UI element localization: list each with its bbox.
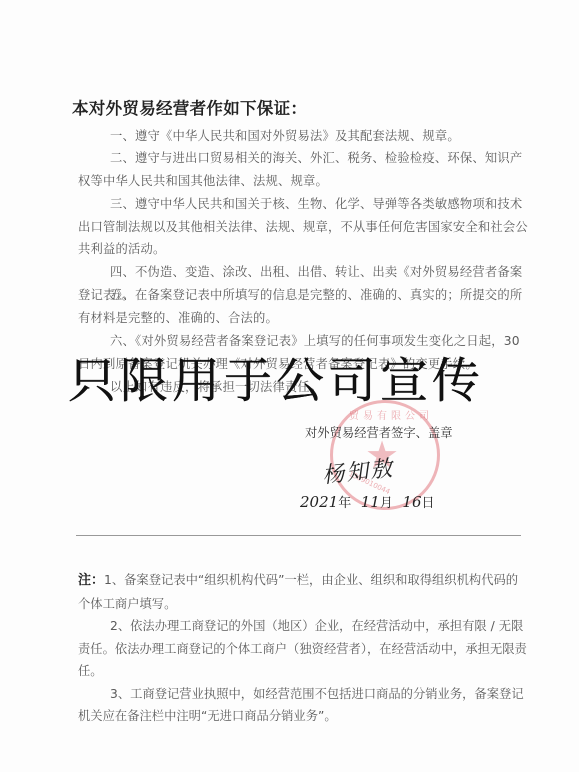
document-heading: 本对外贸易经营者作如下保证：	[72, 95, 307, 119]
document-page: 本对外贸易经营者作如下保证： 一、遵守《中华人民共和国对外贸易法》及其配套法规、…	[0, 0, 579, 772]
note-1: 注：1、备案登记表中“组织机构代码”一栏，由企业、组织和取得组织机构代码的个体工…	[78, 569, 528, 615]
clause-1: 一、遵守《中华人民共和国对外贸易法》及其配套法规、规章。	[78, 125, 528, 148]
clause-2: 二、遵守与进出口贸易相关的海关、外汇、税务、检验检疫、环保、知识产权等中华人民共…	[78, 147, 528, 192]
signature-label: 对外贸易经营者签字、盖章	[305, 423, 453, 441]
note-2: 2、依法办理工商登记的外国（地区）企业，在经营活动中，承担有限 / 无限责任。依…	[78, 615, 528, 683]
note-3: 3、工商登记营业执照中，如经营范围不包括进口商品的分销业务，备案登记机关应在备注…	[78, 683, 528, 728]
signature-date: 2021年 11月 16日	[300, 492, 435, 511]
notes-section: 注：1、备案登记表中“组织机构代码”一栏，由企业、组织和取得组织机构代码的个体工…	[78, 569, 528, 728]
section-divider	[76, 535, 521, 536]
clause-5: 五、在备案登记表中所填写的信息是完整的、准确的、真实的；所提交的所有材料是完整的…	[78, 284, 528, 329]
clause-3: 三、遵守中华人民共和国关于核、生物、化学、导弹等各类敏感物项和技术出口管制法规以…	[78, 193, 528, 261]
watermark-overlay: 只限用于公司宣传	[68, 342, 484, 411]
